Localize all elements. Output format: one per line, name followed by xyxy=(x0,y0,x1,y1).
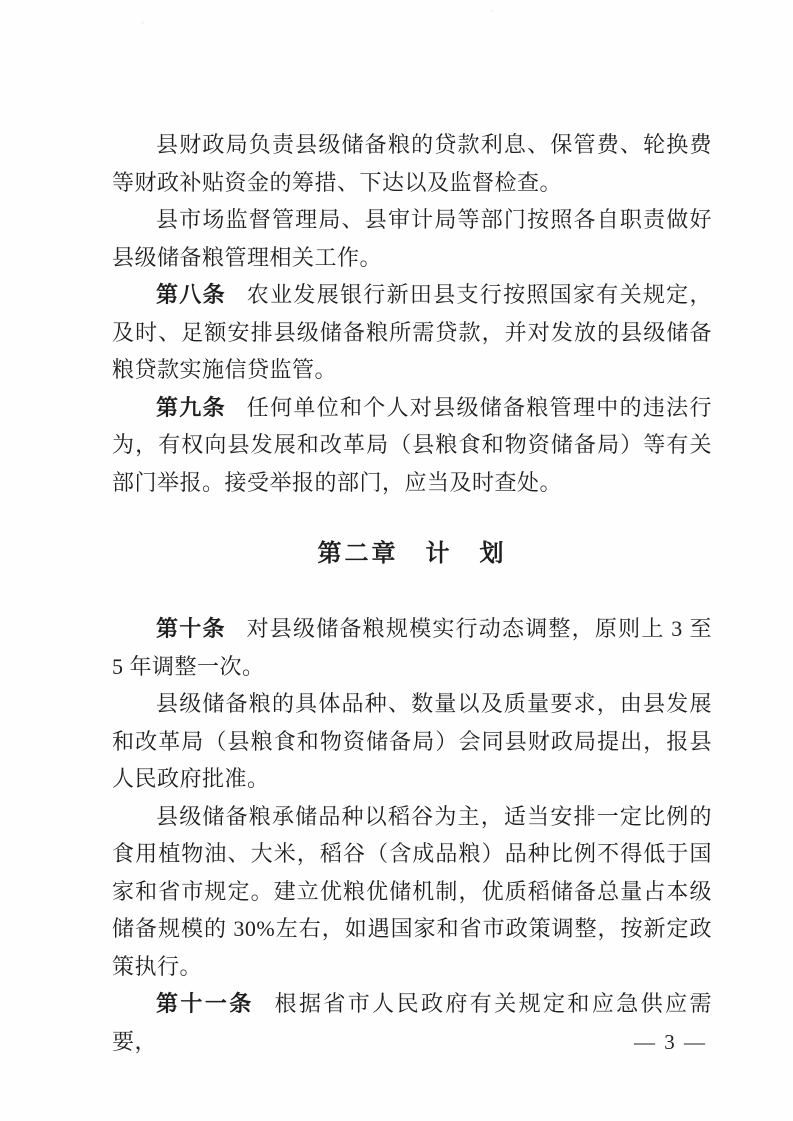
paragraph: 县市场监督管理局、县审计局等部门按照各自职责做好县级储备粮管理相关工作。 xyxy=(112,201,712,276)
document-page: 县财政局负责县级储备粮的贷款利息、保管费、轮换费等财政补贴资金的筹措、下达以及监… xyxy=(0,0,793,1121)
article-number: 第八条 xyxy=(156,282,226,307)
paragraph: 县财政局负责县级储备粮的贷款利息、保管费、轮换费等财政补贴资金的筹措、下达以及监… xyxy=(112,126,712,201)
article-number: 第十一条 xyxy=(156,991,254,1016)
article-number: 第十条 xyxy=(156,616,226,641)
paragraph: 第十一条根据省市人民政府有关规定和应急供应需要， xyxy=(112,985,712,1060)
paragraph: 第八条农业发展银行新田县支行按照国家有关规定，及时、足额安排县级储备粮所需贷款，… xyxy=(112,276,712,389)
paragraph: 第十条对县级储备粮规模实行动态调整，原则上 3 至 5 年调整一次。 xyxy=(112,610,712,685)
document-body: 县财政局负责县级储备粮的贷款利息、保管费、轮换费等财政补贴资金的筹措、下达以及监… xyxy=(112,126,712,1060)
paragraph: 第九条任何单位和个人对县级储备粮管理中的违法行为，有权向县发展和改革局（县粮食和… xyxy=(112,389,712,502)
article-number: 第九条 xyxy=(156,395,226,420)
paragraph: 县级储备粮的具体品种、数量以及质量要求，由县发展和改革局（县粮食和物资储备局）会… xyxy=(112,685,712,798)
page-number: — 3 — xyxy=(634,1030,707,1055)
paragraph: 县级储备粮承储品种以稻谷为主，适当安排一定比例的食用植物油、大米，稻谷（含成品粮… xyxy=(112,798,712,986)
chapter-heading: 第二章 计 划 xyxy=(112,535,712,573)
